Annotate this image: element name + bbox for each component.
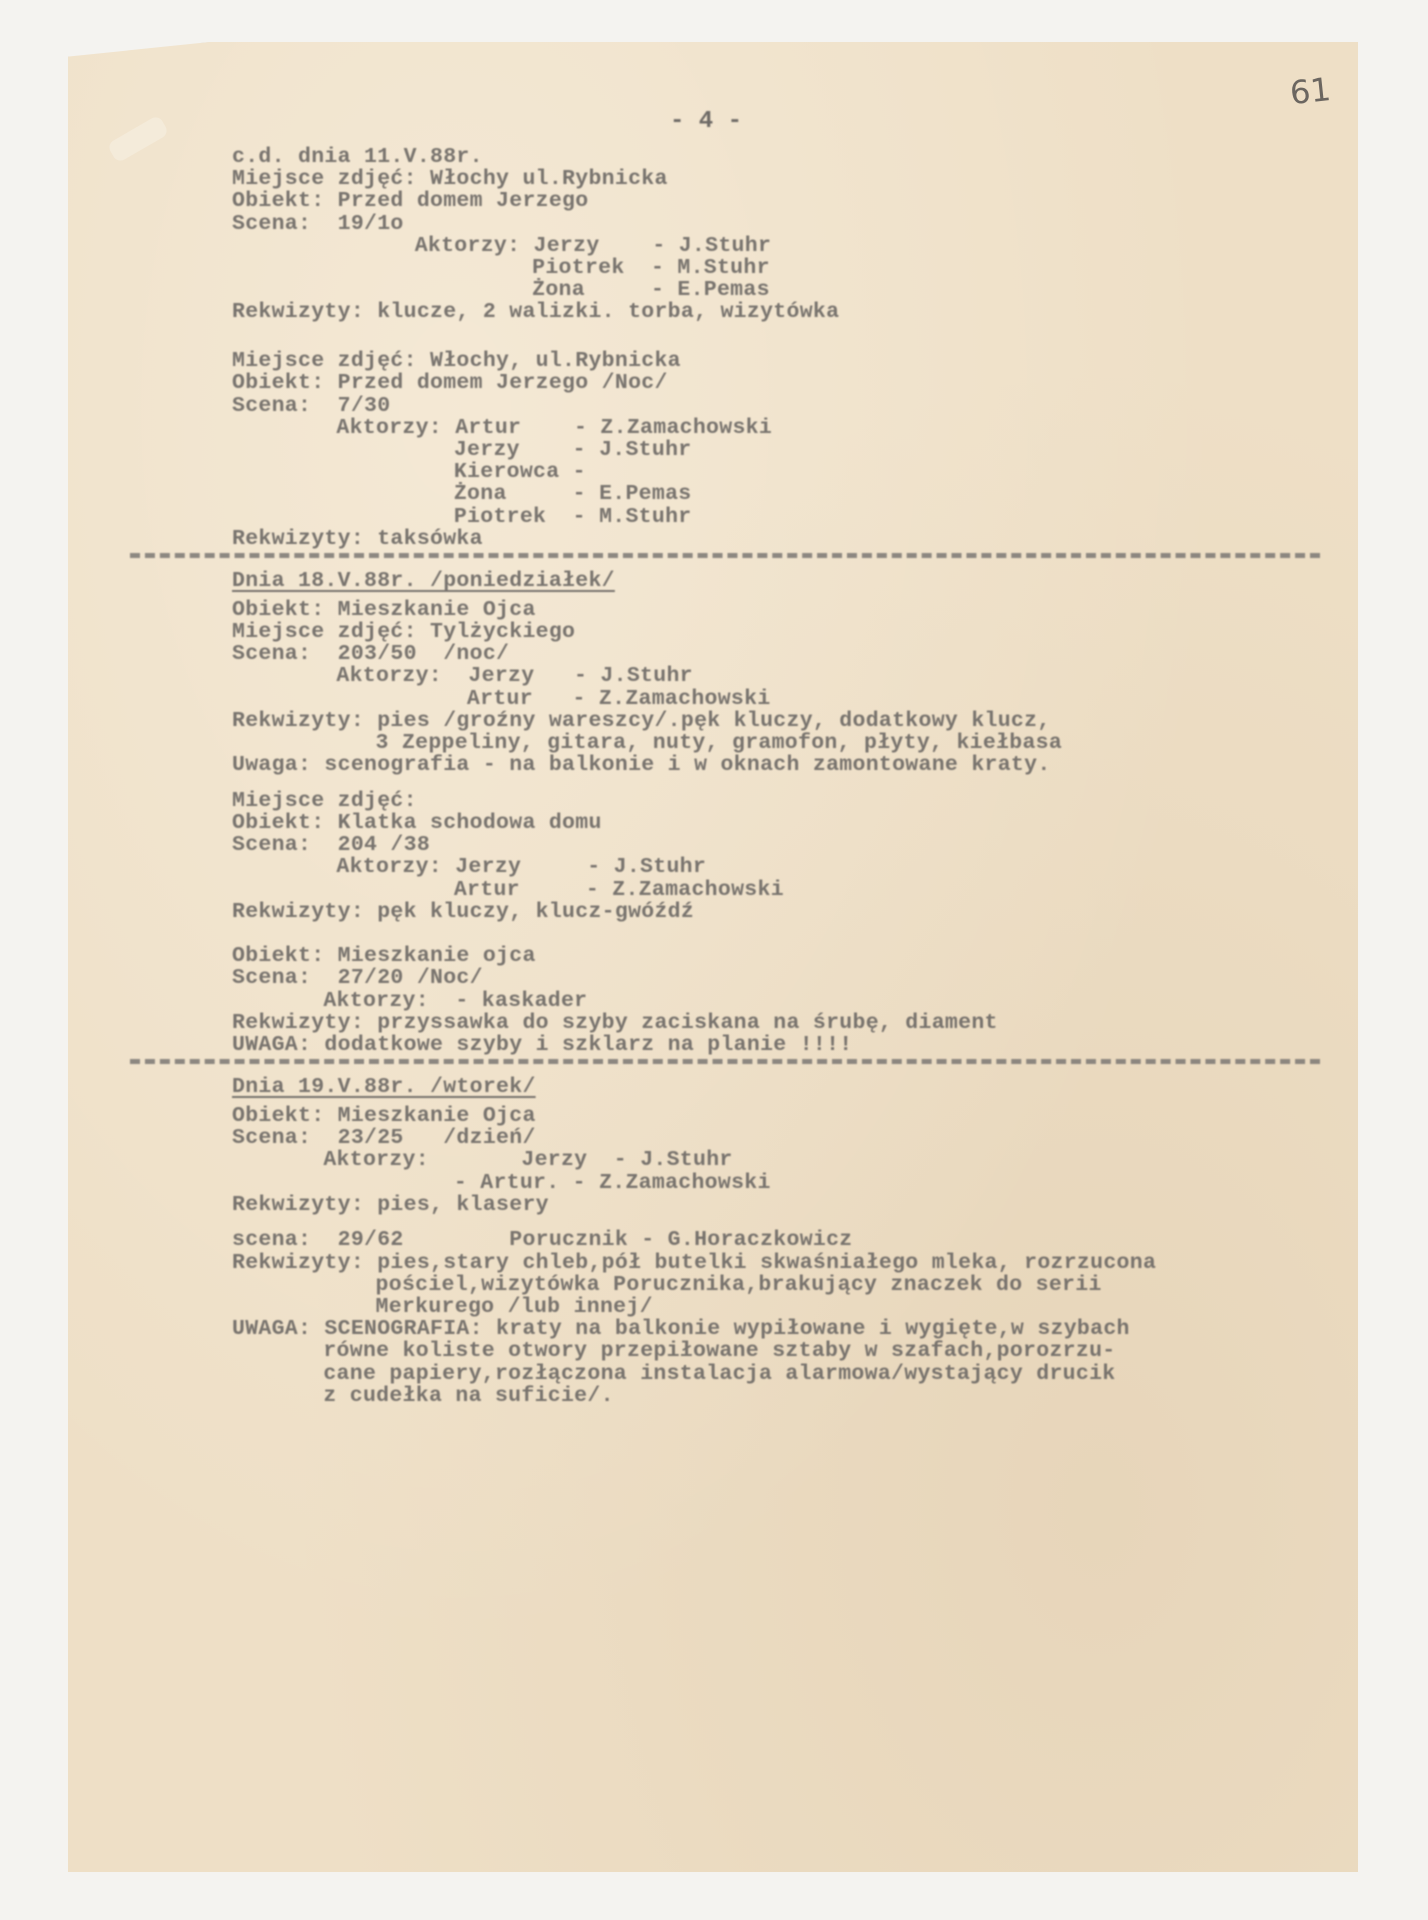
text-line: Obiekt: Przed domem Jerzego /Noc/ (232, 372, 668, 394)
text-line: Aktorzy: Jerzy - J.Stuhr (336, 856, 706, 878)
text-line: Artur - Z.Zamachowski (467, 688, 771, 710)
text-line: Scena: 7/30 (232, 395, 390, 417)
text-line: Aktorzy: Jerzy - J.Stuhr (336, 665, 692, 687)
text-line: Żona - E.Pemas (454, 483, 692, 505)
date-heading: Dnia 19.V.88r. /wtorek/ (232, 1076, 536, 1098)
text-line: Obiekt: Mieszkanie Ojca (232, 1105, 536, 1127)
text-line: z cudełka na suficie/. (323, 1385, 613, 1407)
dashed-separator (130, 553, 1320, 558)
text-line: Miejsce zdjęć: Włochy ul.Rybnicka (232, 168, 668, 190)
text-line: scena: 29/62 Porucznik - G.Horaczkowicz (232, 1229, 853, 1251)
text-line: Scena: 19/1o (232, 213, 404, 235)
text-line: Aktorzy: Artur - Z.Zamachowski (336, 417, 772, 439)
dashed-separator (130, 1059, 1320, 1064)
text-line: Aktorzy: Jerzy - J.Stuhr (323, 1149, 732, 1171)
text-line: c.d. dnia 11.V.88r. (232, 146, 483, 168)
text-line: Scena: 203/50 /noc/ (232, 643, 509, 665)
text-line: pościel,wizytówka Porucznika,brakujący z… (376, 1274, 1102, 1296)
text-line: Piotrek - M.Stuhr (532, 257, 770, 279)
text-line: Żona - E.Pemas (532, 279, 770, 301)
text-line: Rekwizyty: przyssawka do szyby zaciskana… (232, 1012, 998, 1034)
text-line: Aktorzy: - kaskader (323, 990, 587, 1012)
text-line: Uwaga: scenografia - na balkonie i w okn… (232, 754, 1051, 776)
handwritten-page-number: 61 (1288, 70, 1332, 112)
text-line: cane papiery,rozłączona instalacja alarm… (323, 1363, 1115, 1385)
text-line: Scena: 27/20 /Noc/ (232, 967, 483, 989)
text-line: Merkurego /lub innej/ (376, 1296, 653, 1318)
text-line: Scena: 204 /38 (232, 834, 430, 856)
text-line: Kierowca - (454, 461, 586, 483)
text-line: 3 Zeppeliny, gitara, nuty, gramofon, pły… (376, 732, 1063, 754)
text-line: - Artur. - Z.Zamachowski (454, 1172, 771, 1194)
text-line: Obiekt: Klatka schodowa domu (232, 812, 602, 834)
text-line: Obiekt: Mieszkanie Ojca (232, 599, 536, 621)
text-line: Rekwizyty: pies,stary chleb,pół butelki … (232, 1252, 1156, 1274)
typed-page-number: - 4 - (670, 108, 742, 135)
text-line: Rekwizyty: taksówka (232, 528, 483, 550)
text-line: Miejsce zdjęć: Tylżyckiego (232, 621, 575, 643)
text-line: Obiekt: Mieszkanie ojca (232, 945, 536, 967)
text-line: Rekwizyty: pęk kluczy, klucz-gwóźdź (232, 901, 694, 923)
text-line: Aktorzy: Jerzy - J.Stuhr (415, 235, 771, 257)
text-line: Jerzy - J.Stuhr (454, 439, 692, 461)
text-line: Obiekt: Przed domem Jerzego (232, 190, 588, 212)
text-line: Artur - Z.Zamachowski (454, 879, 784, 901)
date-heading: Dnia 18.V.88r. /poniedziałek/ (232, 570, 615, 592)
text-line: Miejsce zdjęć: Włochy, ul.Rybnicka (232, 350, 681, 372)
text-line: UWAGA: dodatkowe szyby i szklarz na plan… (232, 1034, 853, 1056)
text-line: Rekwizyty: pies /groźny wareszcy/.pęk kl… (232, 710, 1051, 732)
text-line: Rekwizyty: klucze, 2 walizki. torba, wiz… (232, 301, 839, 323)
text-line: UWAGA: SCENOGRAFIA: kraty na balkonie wy… (232, 1318, 1130, 1340)
text-line: Miejsce zdjęć: (232, 790, 417, 812)
text-line: Scena: 23/25 /dzień/ (232, 1127, 536, 1149)
text-line: Rekwizyty: pies, klasery (232, 1194, 549, 1216)
text-line: Piotrek - M.Stuhr (454, 506, 692, 528)
text-line: równe koliste otwory przepiłowane sztaby… (323, 1340, 1115, 1362)
